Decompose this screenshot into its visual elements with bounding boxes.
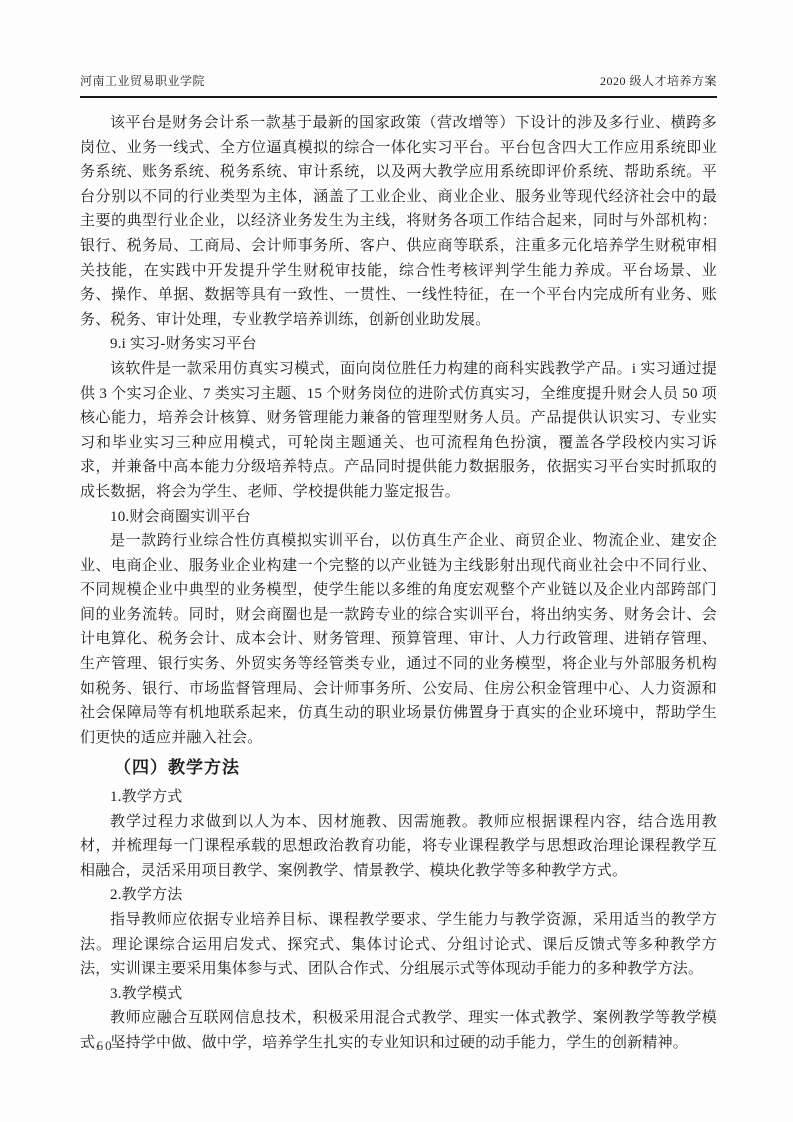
paragraph-business-circle-description: 是一款跨行业综合性仿真模拟实训平台，以仿真生产企业、商贸企业、物流企业、建安企业… — [80, 529, 717, 750]
page-footer: - 60 - — [85, 1038, 125, 1054]
subheading-teaching-style: 1.教学方式 — [80, 785, 717, 810]
header-school-name: 河南工业贸易职业学院 — [80, 72, 205, 89]
subheading-teaching-mode: 3.教学模式 — [80, 982, 717, 1007]
subheading-business-circle-platform: 10.财会商圈实训平台 — [80, 505, 717, 530]
document-body: 该平台是财务会计系一款基于最新的国家政策（营改增等）下设计的涉及多行业、横跨多岗… — [80, 111, 717, 1056]
paragraph-teaching-style: 教学过程力求做到以人为本、因材施教、因需施教。教师应根据课程内容，结合选用教材，… — [80, 810, 717, 884]
subheading-i-internship-platform: 9.i 实习-财务实习平台 — [80, 332, 717, 357]
paragraph-teaching-mode: 教师应融合互联网信息技术，积极采用混合式教学、理实一体式教学、案例教学等教学模式… — [80, 1006, 717, 1055]
heading-teaching-methods: （四）教学方法 — [80, 756, 717, 781]
paragraph-teaching-method: 指导教师应依据专业培养目标、课程教学要求、学生能力与教学资源，采用适当的教学方法… — [80, 908, 717, 982]
page-header: 河南工业贸易职业学院 2020 级人才培养方案 — [80, 72, 717, 98]
header-doc-title: 2020 级人才培养方案 — [600, 72, 717, 89]
page-number: - 60 - — [85, 1038, 125, 1053]
document-page: 河南工业贸易职业学院 2020 级人才培养方案 该平台是财务会计系一款基于最新的… — [0, 0, 793, 1122]
paragraph-integrated-practice-platform: 该平台是财务会计系一款基于最新的国家政策（营改增等）下设计的涉及多行业、横跨多岗… — [80, 111, 717, 332]
paragraph-i-internship-description: 该软件是一款采用仿真实习模式，面向岗位胜任力构建的商科实践教学产品。i 实习通过… — [80, 357, 717, 505]
subheading-teaching-method: 2.教学方法 — [80, 883, 717, 908]
